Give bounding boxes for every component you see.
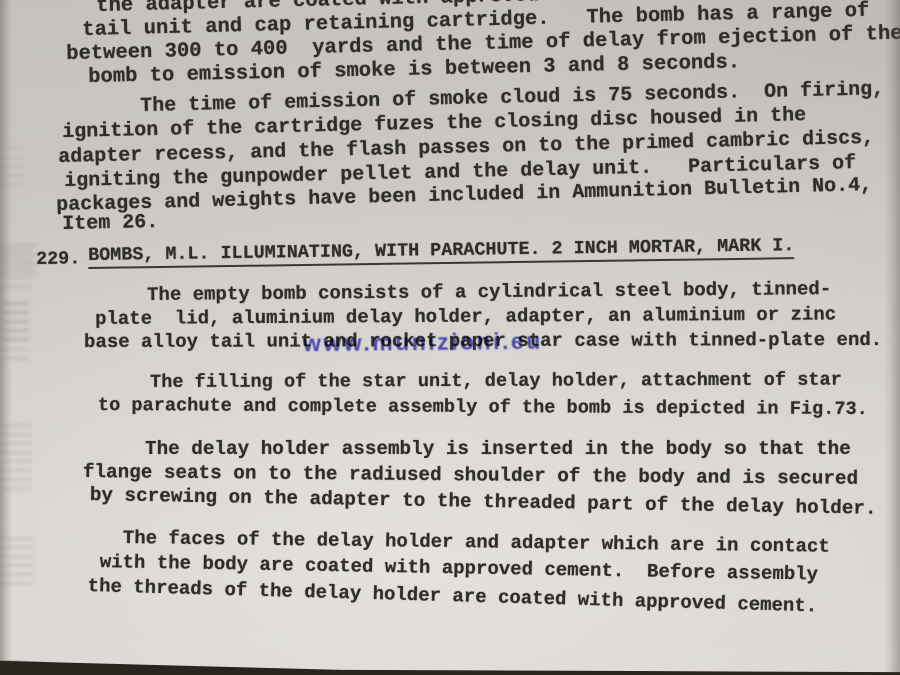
document-photo: the adapter are coated with approved tai… <box>0 0 900 675</box>
page-right-edge-shadow <box>884 0 900 675</box>
section-heading-text: BOMBS, M.L. ILLUMINATING, WITH PARACHUTE… <box>88 235 795 269</box>
typed-line: The empty bomb consists of a cylindrical… <box>147 278 831 306</box>
website-watermark: www.munizioni.eu <box>303 328 543 358</box>
typed-line: plate lid, aluminium delay holder, adapt… <box>95 303 836 330</box>
page-left-edge-shadow <box>0 0 12 675</box>
typed-line: by screwing on the adapter to the thread… <box>90 484 877 520</box>
typed-line: Item 26. <box>62 211 158 236</box>
typed-line: to parachute and complete assembly of th… <box>98 395 868 420</box>
section-number: 229. <box>36 248 80 270</box>
typed-line: The delay holder assembly is inserted in… <box>145 438 851 460</box>
typed-line: The filling of the star unit, delay hold… <box>150 370 842 393</box>
section-heading: BOMBS, M.L. ILLUMINATING, WITH PARACHUTE… <box>88 235 795 266</box>
